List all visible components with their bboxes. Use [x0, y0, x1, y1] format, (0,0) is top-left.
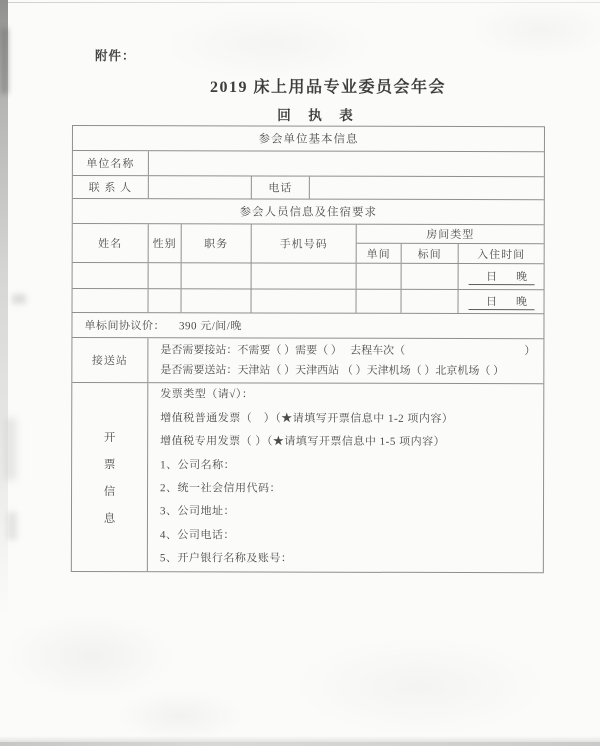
col-name-header: 姓名 [73, 224, 149, 262]
contact-value-cell [149, 176, 252, 198]
invoice-field-company-address: 3、公司地址： [160, 501, 543, 525]
invoice-field-company-name: 1、公司名称： [160, 454, 543, 478]
scan-artifact-bottom-edge [0, 742, 600, 746]
room-type-header: 房间类型 [357, 225, 544, 244]
room-type-header-group: 房间类型 单间 标间 入住时间 [357, 225, 544, 263]
col-gender-header: 性别 [149, 224, 182, 262]
unit-name-value-cell [149, 151, 544, 176]
invoice-details-cell: 发票类型（请√）： 增值税普通发票（ ）（★请填写开票信息中 1-2 项内容） … [148, 383, 543, 572]
col-mobile-header: 手机号码 [252, 224, 357, 262]
shuttle-pickup-text: 是否需要接站：不需要（ ）需要（ ） 去程车次（ [160, 344, 405, 358]
checkin-time-cell: 日 晚 [459, 264, 544, 289]
invoice-option-special-vat: 增值税专用发票（ ）（★请填写开票信息中 1-5 项内容） [160, 430, 543, 454]
price-label: 单标间协议价： [84, 317, 165, 333]
position-cell [182, 263, 252, 288]
invoice-label-char: 信 [104, 483, 116, 499]
invoice-option-general-vat: 增值税普通发票（ ）（★请填写开票信息中 1-2 项内容） [160, 407, 543, 431]
reply-form-table: 参会单位基本信息 单位名称 联 系 人 电话 参会人员信息及住宿要求 姓名 性别… [71, 125, 545, 573]
attendee-header-row: 姓名 性别 职务 手机号码 房间类型 单间 标间 入住时间 [73, 224, 544, 264]
section-attendee-row: 参会人员信息及住宿要求 [73, 199, 544, 225]
invoice-section-label: 开 票 信 息 [72, 383, 148, 571]
checkin-time-cell: 日 晚 [459, 290, 544, 313]
attachment-label: 附件： [95, 46, 136, 64]
mobile-cell [252, 263, 357, 288]
checkin-blank-line: 日 晚 [468, 293, 534, 310]
room-type-subheaders: 单间 标间 入住时间 [357, 244, 544, 263]
shuttle-label: 接送站 [72, 338, 148, 382]
shuttle-pickup-line: 是否需要接站：不需要（ ）需要（ ） 去程车次（ ） [160, 344, 535, 358]
scan-smudge [4, 418, 16, 480]
invoice-type-prompt: 发票类型（请√）： [160, 384, 543, 408]
checkin-blank-line: 日 晚 [468, 268, 534, 285]
single-room-cell [357, 290, 402, 313]
scan-smudge [7, 512, 17, 540]
invoice-label-char: 票 [104, 456, 116, 472]
contact-label: 联 系 人 [73, 176, 149, 198]
invoice-field-company-phone: 4、公司电话： [160, 524, 543, 548]
attendee-row-2: 日 晚 [73, 289, 544, 314]
gender-cell [149, 289, 182, 312]
invoice-field-credit-code: 2、统一社会信用代码： [160, 477, 543, 501]
section-attendee-header: 参会人员信息及住宿要求 [73, 199, 544, 224]
unit-name-label: 单位名称 [73, 151, 149, 175]
shuttle-dropoff-line: 是否需要送站：天津站（ ）天津西站 （ ）天津机场（ ）北京机场（ ） [160, 364, 535, 378]
invoice-label-char: 开 [104, 429, 116, 445]
col-checkin-time-header: 入住时间 [459, 244, 544, 263]
col-position-header: 职务 [182, 224, 252, 262]
shuttle-row: 接送站 是否需要接站：不需要（ ）需要（ ） 去程车次（ ） 是否需要送站：天津… [72, 338, 543, 384]
shuttle-options-cell: 是否需要接站：不需要（ ）需要（ ） 去程车次（ ） 是否需要送站：天津站（ ）… [148, 338, 543, 383]
document-title: 2019 床上用品专业委员会年会 [0, 74, 600, 97]
name-cell [73, 289, 149, 312]
standard-room-cell [402, 264, 459, 289]
col-single-room-header: 单间 [357, 244, 402, 263]
price-value: 390 元/间/晚 [179, 317, 242, 333]
scan-smudge [12, 294, 26, 304]
contact-row: 联 系 人 电话 [73, 176, 544, 200]
scanned-document-page: 附件： 2019 床上用品专业委员会年会 回 执 表 参会单位基本信息 单位名称… [0, 0, 600, 746]
position-cell [182, 289, 252, 312]
mobile-cell [252, 289, 357, 312]
price-row: 单标间协议价： 390 元/间/晚 [72, 313, 543, 339]
price-cell: 单标间协议价： 390 元/间/晚 [72, 313, 543, 338]
phone-value-cell [310, 177, 544, 200]
col-standard-room-header: 标间 [402, 244, 459, 263]
scan-artifact-top-edge [0, 2, 600, 3]
shuttle-dropoff-text: 是否需要送站：天津站（ ）天津西站 （ ）天津机场（ ）北京机场（ ） [160, 364, 504, 378]
invoice-field-bank-account: 5、开户银行名称及账号： [160, 547, 543, 571]
name-cell [73, 263, 149, 288]
section-basic-info-row: 参会单位基本信息 [73, 126, 544, 152]
gender-cell [149, 263, 182, 288]
shuttle-pickup-close-paren: ） [524, 345, 535, 358]
single-room-cell [357, 264, 402, 289]
unit-name-row: 单位名称 [73, 151, 544, 177]
document-subtitle: 回 执 表 [0, 104, 600, 124]
attendee-row-1: 日 晚 [73, 263, 544, 290]
standard-room-cell [402, 290, 459, 313]
invoice-label-char: 息 [104, 510, 116, 526]
section-basic-info-header: 参会单位基本信息 [73, 126, 544, 151]
invoice-row: 开 票 信 息 发票类型（请√）： 增值税普通发票（ ）（★请填写开票信息中 1… [72, 383, 543, 572]
phone-label: 电话 [252, 176, 310, 198]
